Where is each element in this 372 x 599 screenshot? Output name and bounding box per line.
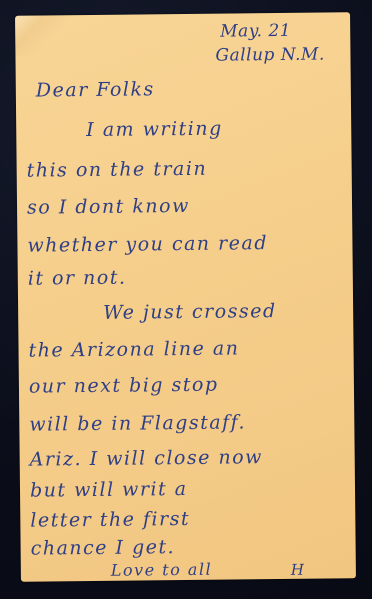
card-crease: [15, 15, 75, 56]
place: Gallup N.M.: [215, 47, 325, 65]
body-line-8: our next big stop: [29, 376, 219, 397]
body-line-2: this on the train: [27, 160, 208, 181]
salutation: Dear Folks: [36, 80, 155, 100]
body-line-4: whether you can read: [27, 234, 268, 256]
postcard: May. 21 Gallup N.M. Dear Folks I am writ…: [15, 12, 356, 581]
body-line-13: chance I get.: [31, 538, 176, 559]
body-line-9: will be in Flagstaff.: [29, 413, 246, 434]
body-line-11: but will writ a: [30, 480, 188, 501]
signature: H: [291, 563, 304, 578]
body-line-7: the Arizona line an: [28, 339, 239, 360]
body-line-10: Ariz. I will close now: [30, 448, 263, 469]
body-line-12: letter the first: [30, 510, 190, 531]
body-line-1: I am writing: [86, 120, 223, 140]
closing: Love to all: [111, 562, 212, 579]
date: May. 21: [220, 23, 291, 41]
body-line-5: it or not.: [28, 269, 127, 289]
body-line-3: so I dont know: [27, 197, 190, 218]
body-line-6: We just crossed: [103, 302, 277, 323]
